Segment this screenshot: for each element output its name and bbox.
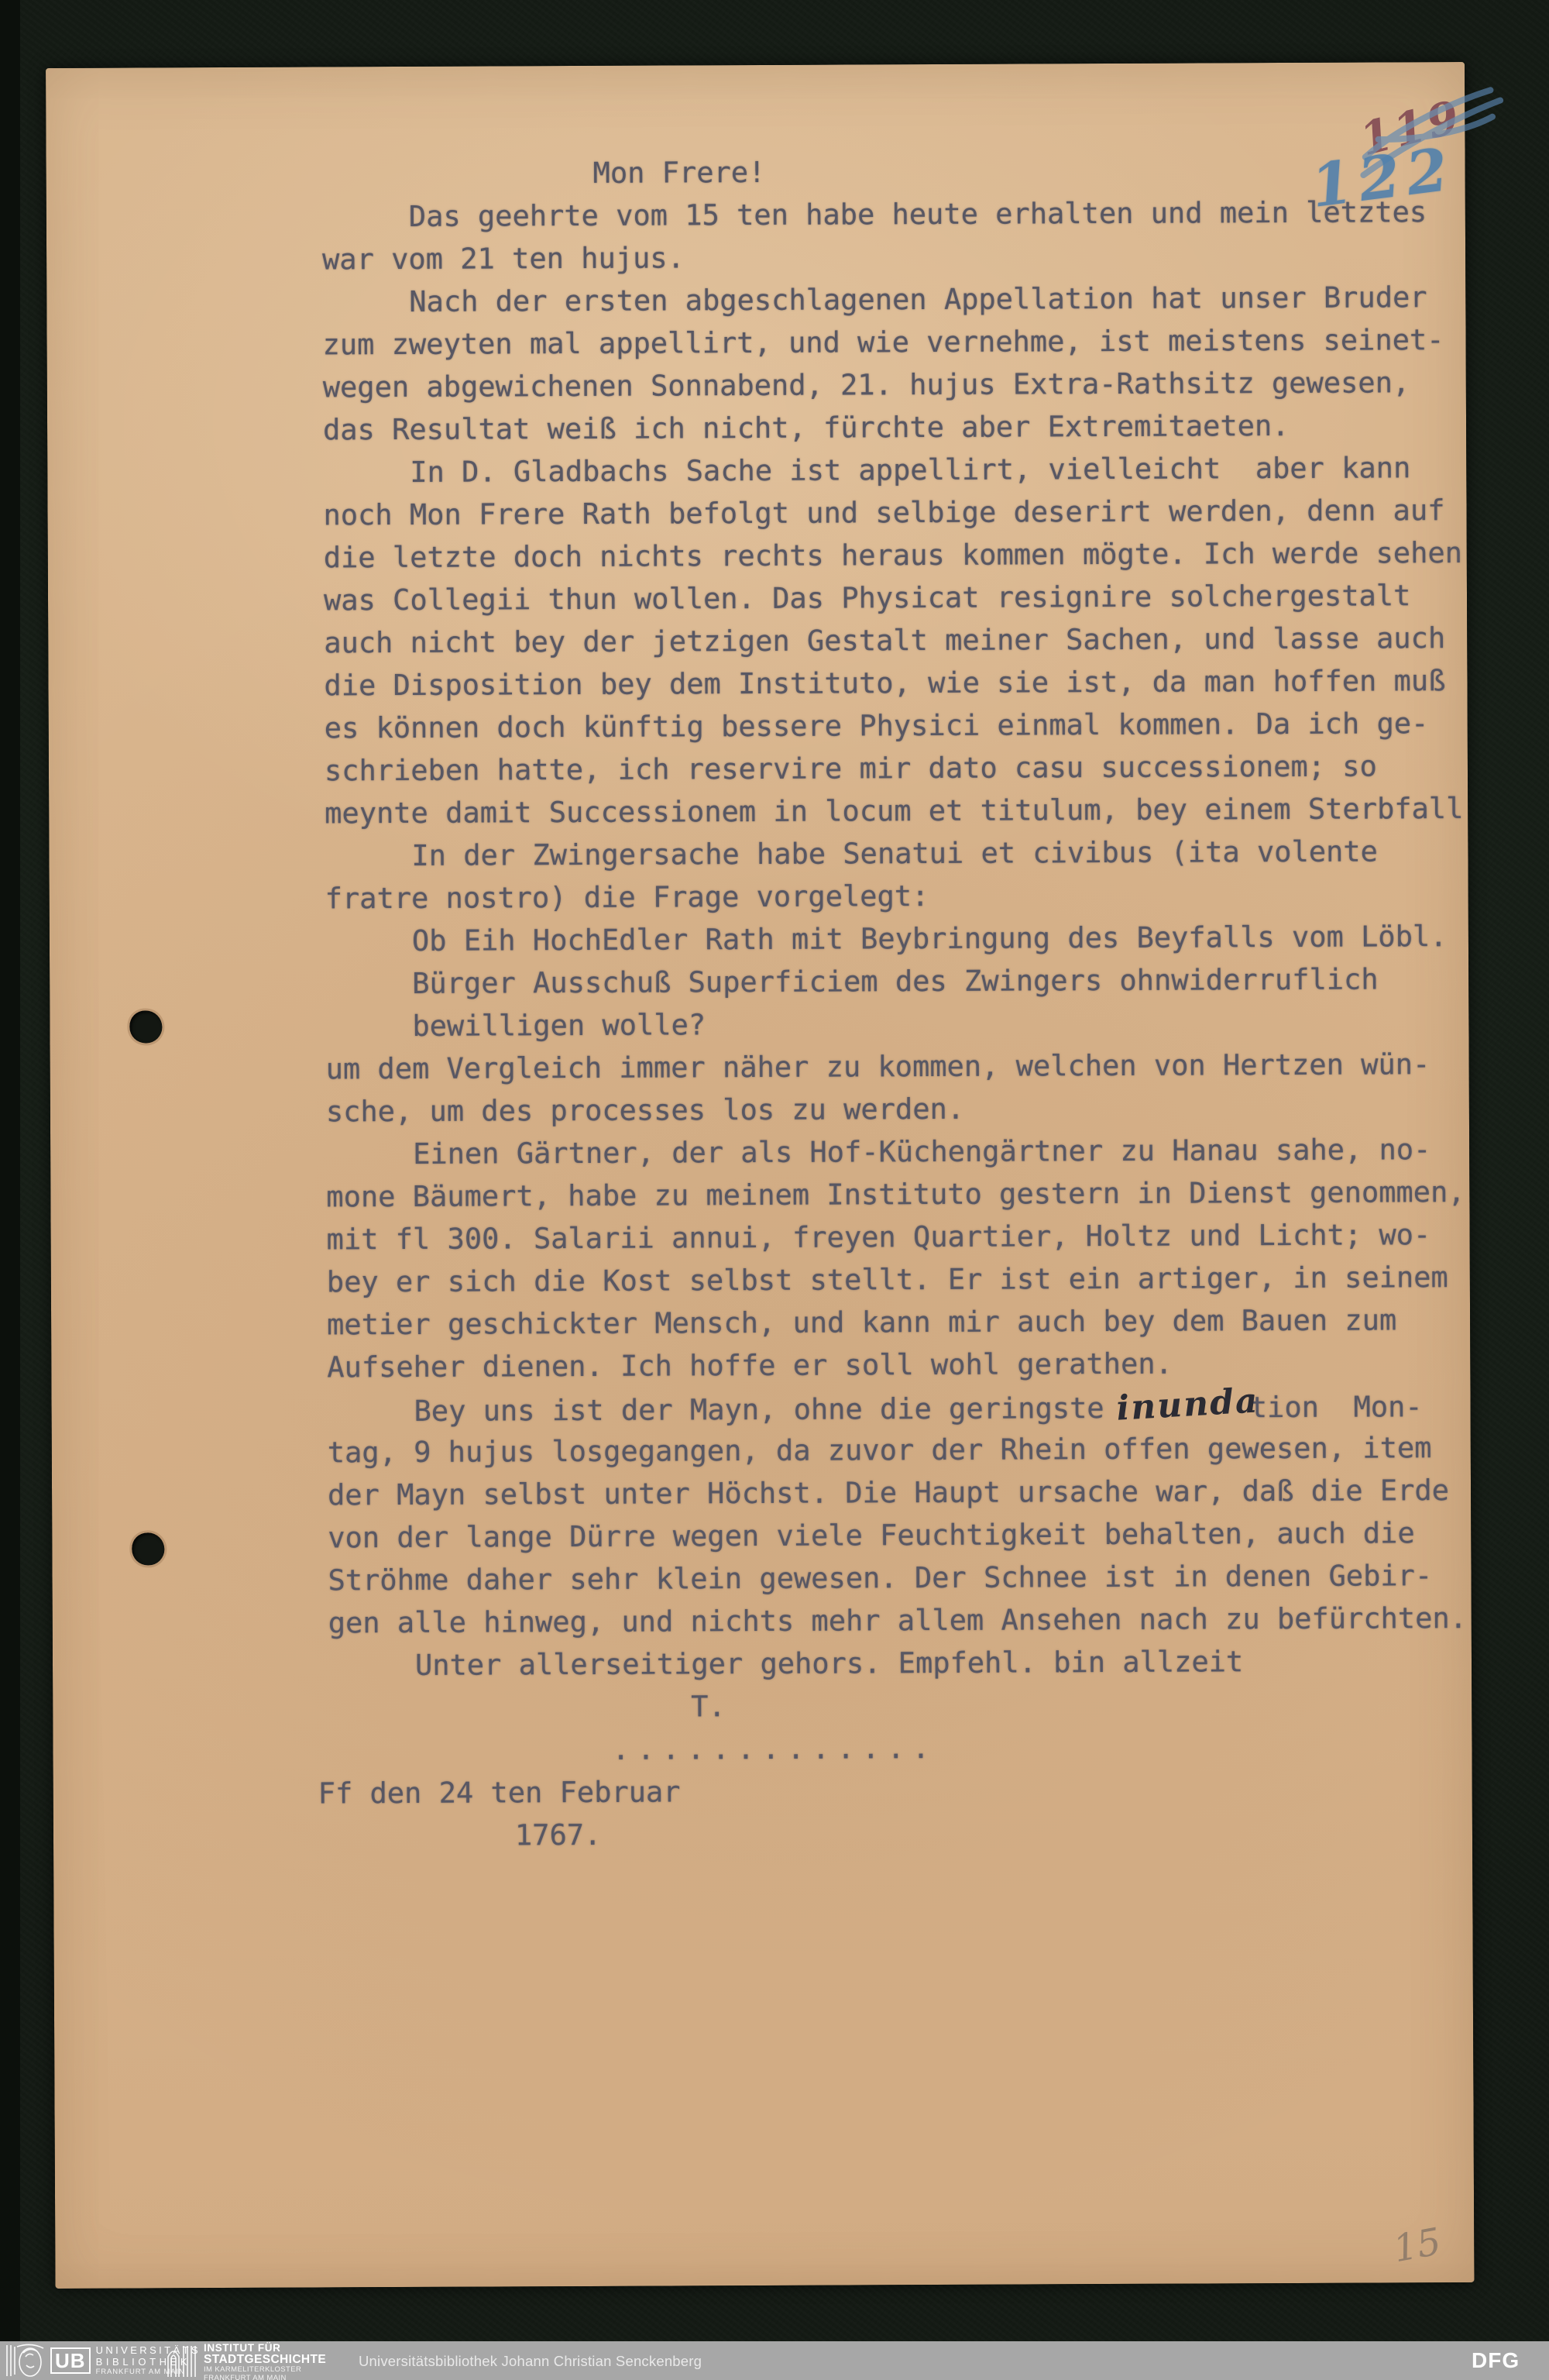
typed-line: bewilligen wolle? xyxy=(325,1000,1479,1048)
library-attribution: Universitätsbibliothek Johann Christian … xyxy=(359,2353,702,2370)
inunda-handwriting: inunda xyxy=(1115,1379,1260,1429)
document-scan: { "page": { "background_color": "#141a14… xyxy=(0,0,1549,2380)
typed-line: die letzte doch nichts rechts heraus kom… xyxy=(324,531,1478,580)
typed-line: Einen Gärtner, der als Hof-Küchengärtner… xyxy=(326,1128,1480,1176)
dfg-logo: DFG xyxy=(1472,2348,1520,2373)
typed-line: von der lange Dürre wegen viele Feuchtig… xyxy=(328,1512,1482,1560)
typed-line: gen alle hinweg, und nichts mehr allem A… xyxy=(328,1597,1482,1645)
typed-line: bey er sich die Kost selbst stellt. Er i… xyxy=(327,1256,1481,1304)
typed-line: mone Bäumert, habe zu meinem Instituto g… xyxy=(326,1171,1480,1219)
typed-line: was Collegii thun wollen. Das Physicat r… xyxy=(324,574,1478,622)
typed-line: mit fl 300. Salarii annui, freyen Quarti… xyxy=(326,1213,1480,1261)
typed-line: schrieben hatte, ich reservire mir dato … xyxy=(325,745,1479,793)
typed-line: In der Zwingersache habe Senatui et civi… xyxy=(325,830,1479,878)
typed-line: auch nicht bey der jetzigen Gestalt mein… xyxy=(324,617,1478,665)
typed-line: T. xyxy=(328,1682,1482,1730)
typed-line: metier geschickter Mensch, und kann mir … xyxy=(327,1298,1481,1346)
typed-line: tag, 9 hujus losgegangen, da zuvor der R… xyxy=(328,1426,1482,1474)
karmeliterkloster-icon xyxy=(165,2344,199,2377)
institute-line3: IM KARMELITERKLOSTER xyxy=(204,2366,326,2375)
typed-line: Aufseher dienen. Ich hoffe er soll wohl … xyxy=(327,1341,1481,1389)
typed-line: In D. Gladbachs Sache ist appellirt, vie… xyxy=(323,446,1477,494)
institute-wordmark: INSTITUT FÜR STADTGESCHICHTE IM KARMELIT… xyxy=(204,2343,326,2380)
typed-line: Unter allerseitiger gehors. Empfehl. bin… xyxy=(328,1639,1482,1687)
typed-line: meynte damit Successionem in locum et ti… xyxy=(325,787,1479,835)
typed-line: Mon Frere! xyxy=(321,148,1475,196)
typed-line: noch Mon Frere Rath befolgt und selbige … xyxy=(323,489,1477,537)
institute-line4: FRANKFURT AM MAIN xyxy=(204,2375,326,2380)
typed-line: ............. xyxy=(328,1725,1482,1773)
institute-line2: STADTGESCHICHTE xyxy=(204,2354,326,2366)
typed-line: Bey uns ist der Mayn, ohne die geringste… xyxy=(327,1384,1481,1432)
typed-line: Nach der ersten abgeschlagenen Appellati… xyxy=(322,276,1476,324)
typed-line: Bürger Ausschuß Superficiem des Zwingers… xyxy=(325,958,1479,1006)
pencil-page-number: 15 xyxy=(1390,2220,1444,2271)
typed-letter-body: Mon Frere!Das geehrte vom 15 ten habe he… xyxy=(321,148,1483,1857)
typed-line: Ff den 24 ten Februar xyxy=(318,1767,1483,1815)
typed-line: es können doch künftig bessere Physici e… xyxy=(325,702,1479,750)
typed-line: 1767. xyxy=(329,1810,1483,1858)
scan-edge xyxy=(0,0,20,2341)
institute-line1: INSTITUT FÜR xyxy=(204,2343,326,2354)
typed-line: fratre nostro) die Frage vorgelegt: xyxy=(325,872,1479,920)
letter-page: 119 122 Mon Frere!Das geehrte vom 15 ten… xyxy=(46,62,1474,2289)
typed-line: wegen abgewichenen Sonnabend, 21. hujus … xyxy=(323,361,1477,409)
typed-line: war vom 21 ten hujus. xyxy=(322,233,1476,281)
typed-line: sche, um des processes los zu werden. xyxy=(326,1085,1480,1133)
punch-hole-bottom xyxy=(132,1532,164,1565)
typed-line: Ob Eih HochEdler Rath mit Beybringung de… xyxy=(325,915,1479,963)
typed-line: das Resultat weiß ich nicht, fürchte abe… xyxy=(323,404,1477,452)
typed-line: der Mayn selbst unter Höchst. Die Haupt … xyxy=(328,1469,1482,1517)
typed-line: zum zweyten mal appellirt, und wie verne… xyxy=(322,318,1476,366)
typed-line: Ströhme daher sehr klein gewesen. Der Sc… xyxy=(328,1554,1482,1602)
ub-logo-text: UB xyxy=(50,2347,91,2374)
typed-line: Das geehrte vom 15 ten habe heute erhalt… xyxy=(322,191,1476,239)
punch-hole-top xyxy=(129,1010,162,1043)
typed-line: die Disposition bey dem Instituto, wie s… xyxy=(324,659,1478,707)
footer-bar: UB UNIVERSITÄTS BIBLIOTHEK FRANKFURT AM … xyxy=(0,2341,1549,2380)
ub-building-portrait-icon xyxy=(5,2344,45,2378)
typed-line: um dem Vergleich immer näher zu kommen, … xyxy=(326,1043,1480,1091)
